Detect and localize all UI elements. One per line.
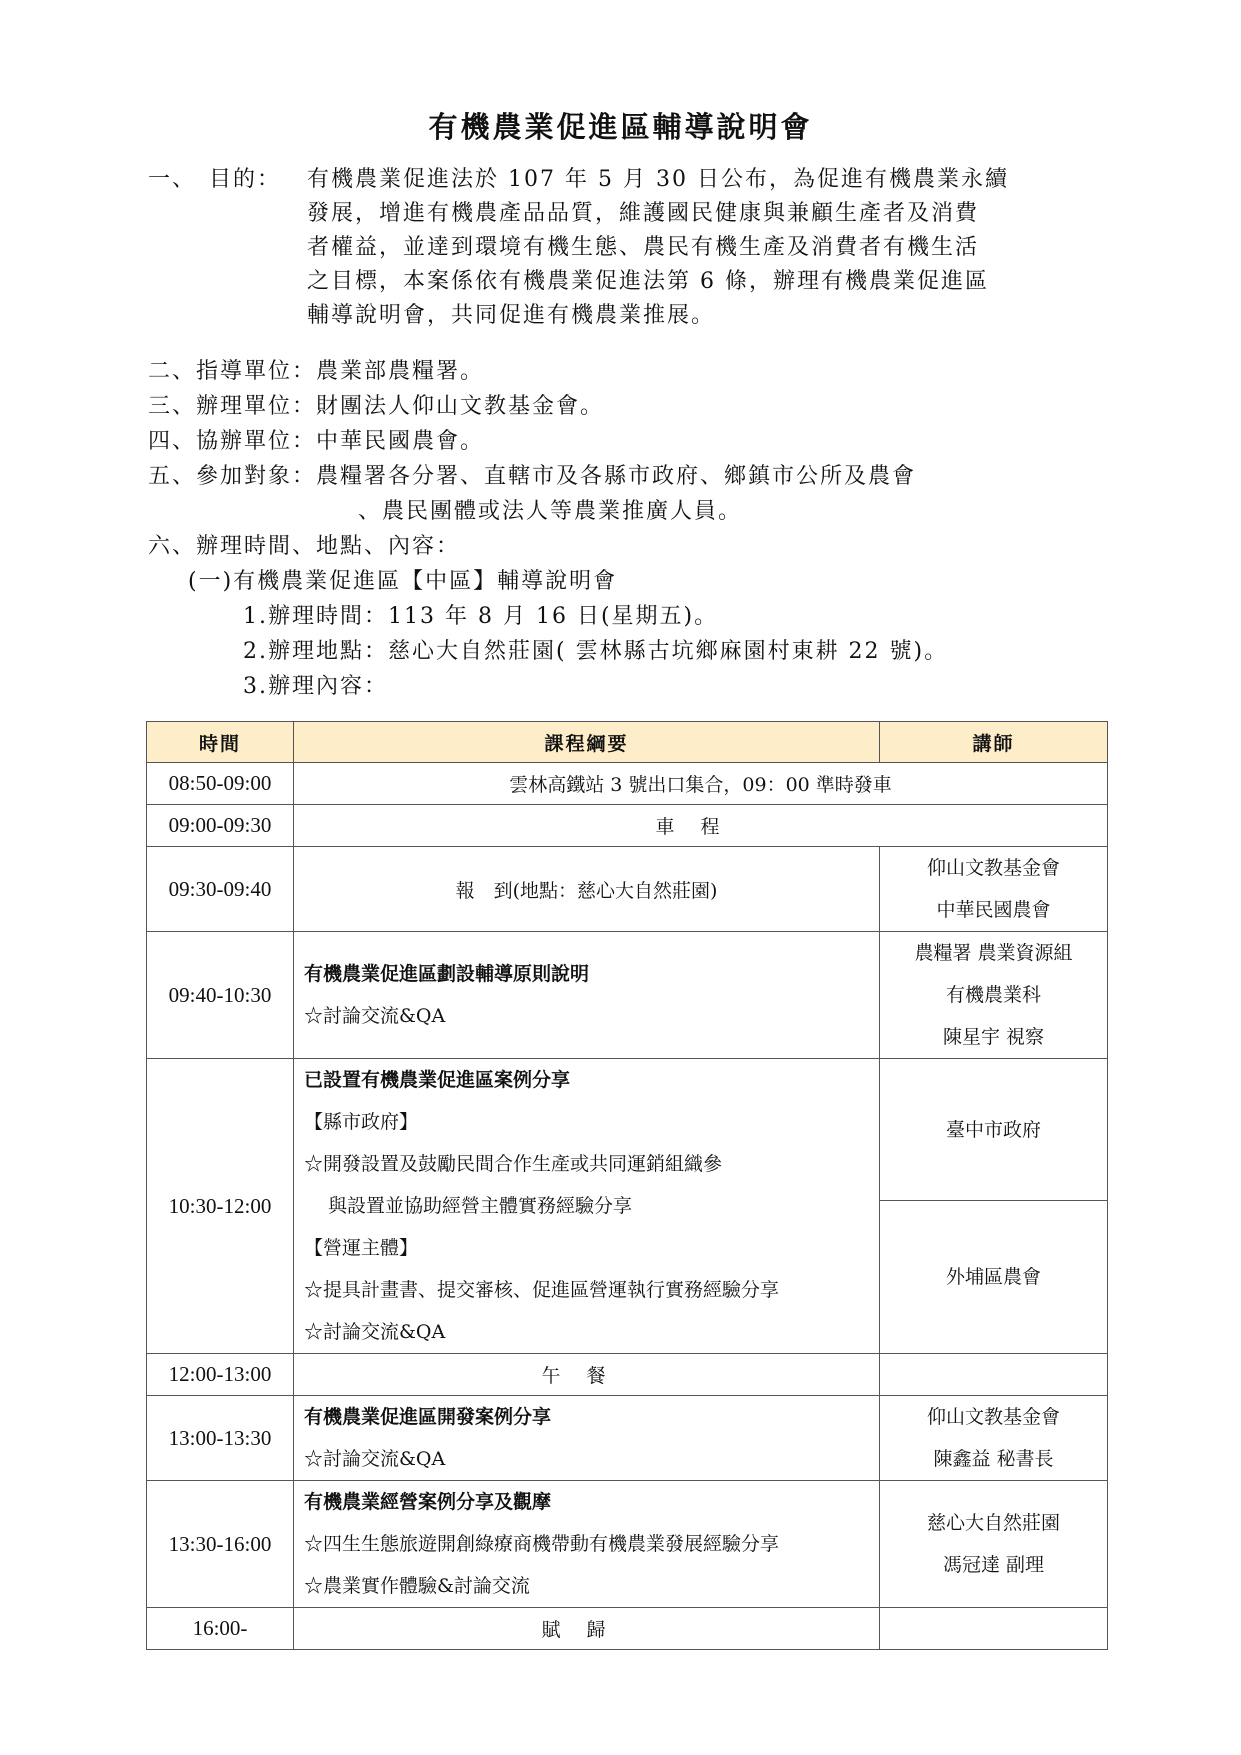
table-row: 09:30-09:40 報 到(地點：慈心大自然莊園) 仰山文教基金會 中華民國… — [147, 847, 1108, 932]
schedule-heading: 六、辦理時間、地點、內容： — [148, 530, 460, 564]
purpose-line-5: 輔導說明會，共同促進有機農業推展。 — [307, 299, 715, 333]
speaker-line: 有機農業科 — [890, 974, 1097, 1016]
speaker-line: 仰山文教基金會 — [890, 1396, 1097, 1438]
speaker-cell: 外埔區農會 — [880, 1201, 1108, 1354]
time-cell: 16:00- — [147, 1608, 294, 1650]
purpose-label: 一、 目的： — [148, 163, 281, 197]
table-row: 08:50-09:00 雲林高鐵站 3 號出口集合，09：00 準時發車 — [147, 763, 1108, 805]
outline-title: 有機農業促進區開發案例分享 — [304, 1396, 869, 1438]
time-cell: 08:50-09:00 — [147, 763, 294, 805]
purpose-line-2: 發展，增進有機農產品品質，維護國民健康與兼顧生產者及消費 — [307, 197, 979, 231]
speaker-line: 馮冠達 副理 — [890, 1544, 1097, 1586]
time-cell: 13:30-16:00 — [147, 1481, 294, 1608]
speaker-cell — [880, 1608, 1108, 1650]
table-row: 13:30-16:00 有機農業經營案例分享及觀摩 ☆四生生態旅遊開創綠療商機帶… — [147, 1481, 1108, 1608]
organizer-unit: 三、辦理單位：財團法人仰山文教基金會。 — [148, 390, 604, 424]
outline-item: 與設置並協助經營主體實務經驗分享 — [304, 1185, 869, 1227]
schedule-table: 時間 課程綱要 講師 08:50-09:00 雲林高鐵站 3 號出口集合，09：… — [146, 721, 1108, 1650]
time-cell: 12:00-13:00 — [147, 1354, 294, 1396]
purpose-line-3: 者權益，並達到環境有機生態、農民有機生產及消費者有機生活 — [307, 231, 979, 265]
speaker-line: 仰山文教基金會 — [890, 847, 1097, 889]
participants-line-1: 五、參加對象：農糧署各分署、直轄市及各縣市政府、鄉鎮市公所及農會 — [148, 460, 916, 494]
speaker-line: 中華民國農會 — [890, 889, 1097, 931]
speaker-line: 農糧署 農業資源組 — [890, 932, 1097, 974]
table-row: 09:00-09:30 車程 — [147, 805, 1108, 847]
event-place: 2.辦理地點：慈心大自然莊園( 雲林縣古坑鄉麻園村東耕 22 號)。 — [243, 635, 948, 669]
time-cell: 13:00-13:30 — [147, 1396, 294, 1481]
time-cell: 09:40-10:30 — [147, 932, 294, 1059]
table-row: 16:00- 賦歸 — [147, 1608, 1108, 1650]
speaker-cell: 農糧署 農業資源組 有機農業科 陳星宇 視察 — [880, 932, 1108, 1059]
time-cell: 09:00-09:30 — [147, 805, 294, 847]
outline-item: ☆四生生態旅遊開創綠療商機帶動有機農業發展經驗分享 — [304, 1523, 869, 1565]
outline-cell: 已設置有機農業促進區案例分享 【縣市政府】 ☆開發設置及鼓勵民間合作生產或共同運… — [294, 1059, 880, 1354]
outline-item: ☆討論交流&QA — [304, 1311, 869, 1353]
speaker-cell: 臺中市政府 — [880, 1059, 1108, 1201]
outline-item: ☆開發設置及鼓勵民間合作生產或共同運銷組織參 — [304, 1143, 869, 1185]
event-content-label: 3.辦理內容： — [243, 670, 388, 704]
outline-cell: 有機農業經營案例分享及觀摩 ☆四生生態旅遊開創綠療商機帶動有機農業發展經驗分享 … — [294, 1481, 880, 1608]
header-time: 時間 — [147, 722, 294, 763]
speaker-cell: 仰山文教基金會 陳鑫益 秘書長 — [880, 1396, 1108, 1481]
speaker-line: 陳鑫益 秘書長 — [890, 1438, 1097, 1480]
outline-cell: 雲林高鐵站 3 號出口集合，09：00 準時發車 — [294, 763, 1108, 805]
outline-title: 有機農業促進區劃設輔導原則說明 — [304, 953, 869, 995]
co-organizer-unit: 四、協辦單位：中華民國農會。 — [148, 425, 484, 459]
outline-cell: 有機農業促進區開發案例分享 ☆討論交流&QA — [294, 1396, 880, 1481]
participants-line-2: 、農民團體或法人等農業推廣人員。 — [358, 495, 742, 529]
header-speaker: 講師 — [880, 722, 1108, 763]
outline-title: 有機農業經營案例分享及觀摩 — [304, 1481, 869, 1523]
purpose-line-4: 之目標，本案係依有機農業促進法第 6 條，辦理有機農業促進區 — [307, 265, 989, 299]
outline-item: ☆討論交流&QA — [304, 995, 869, 1037]
table-header-row: 時間 課程綱要 講師 — [147, 722, 1108, 763]
outline-item: 【縣市政府】 — [304, 1101, 869, 1143]
outline-item: 【營運主體】 — [304, 1227, 869, 1269]
outline-item: ☆提具計畫書、提交審核、促進區營運執行實務經驗分享 — [304, 1269, 869, 1311]
guidance-unit: 二、指導單位：農業部農糧署。 — [148, 355, 484, 389]
session-title: (一)有機農業促進區【中區】輔導說明會 — [188, 565, 617, 599]
speaker-cell: 慈心大自然莊園 馮冠達 副理 — [880, 1481, 1108, 1608]
speaker-line: 外埔區農會 — [890, 1256, 1097, 1298]
purpose-line-1: 有機農業促進法於 107 年 5 月 30 日公布，為促進有機農業永續 — [307, 163, 1009, 197]
outline-title: 已設置有機農業促進區案例分享 — [304, 1059, 869, 1101]
outline-cell: 午餐 — [294, 1354, 880, 1396]
time-cell: 10:30-12:00 — [147, 1059, 294, 1354]
outline-cell: 報 到(地點：慈心大自然莊園) — [294, 847, 880, 932]
header-outline: 課程綱要 — [294, 722, 880, 763]
document-title: 有機農業促進區輔導說明會 — [0, 105, 1241, 146]
outline-cell: 有機農業促進區劃設輔導原則說明 ☆討論交流&QA — [294, 932, 880, 1059]
outline-item: ☆農業實作體驗&討論交流 — [304, 1565, 869, 1607]
speaker-line: 慈心大自然莊園 — [890, 1502, 1097, 1544]
speaker-line: 陳星宇 視察 — [890, 1016, 1097, 1058]
speaker-line: 臺中市政府 — [890, 1109, 1097, 1151]
time-cell: 09:30-09:40 — [147, 847, 294, 932]
outline-cell: 車程 — [294, 805, 1108, 847]
table-row: 13:00-13:30 有機農業促進區開發案例分享 ☆討論交流&QA 仰山文教基… — [147, 1396, 1108, 1481]
event-time: 1.辦理時間：113 年 8 月 16 日(星期五)。 — [243, 600, 718, 634]
table-row: 10:30-12:00 已設置有機農業促進區案例分享 【縣市政府】 ☆開發設置及… — [147, 1059, 1108, 1201]
table-row: 09:40-10:30 有機農業促進區劃設輔導原則說明 ☆討論交流&QA 農糧署… — [147, 932, 1108, 1059]
outline-cell: 賦歸 — [294, 1608, 880, 1650]
outline-item: ☆討論交流&QA — [304, 1438, 869, 1480]
speaker-cell — [880, 1354, 1108, 1396]
speaker-cell: 仰山文教基金會 中華民國農會 — [880, 847, 1108, 932]
table-row: 12:00-13:00 午餐 — [147, 1354, 1108, 1396]
